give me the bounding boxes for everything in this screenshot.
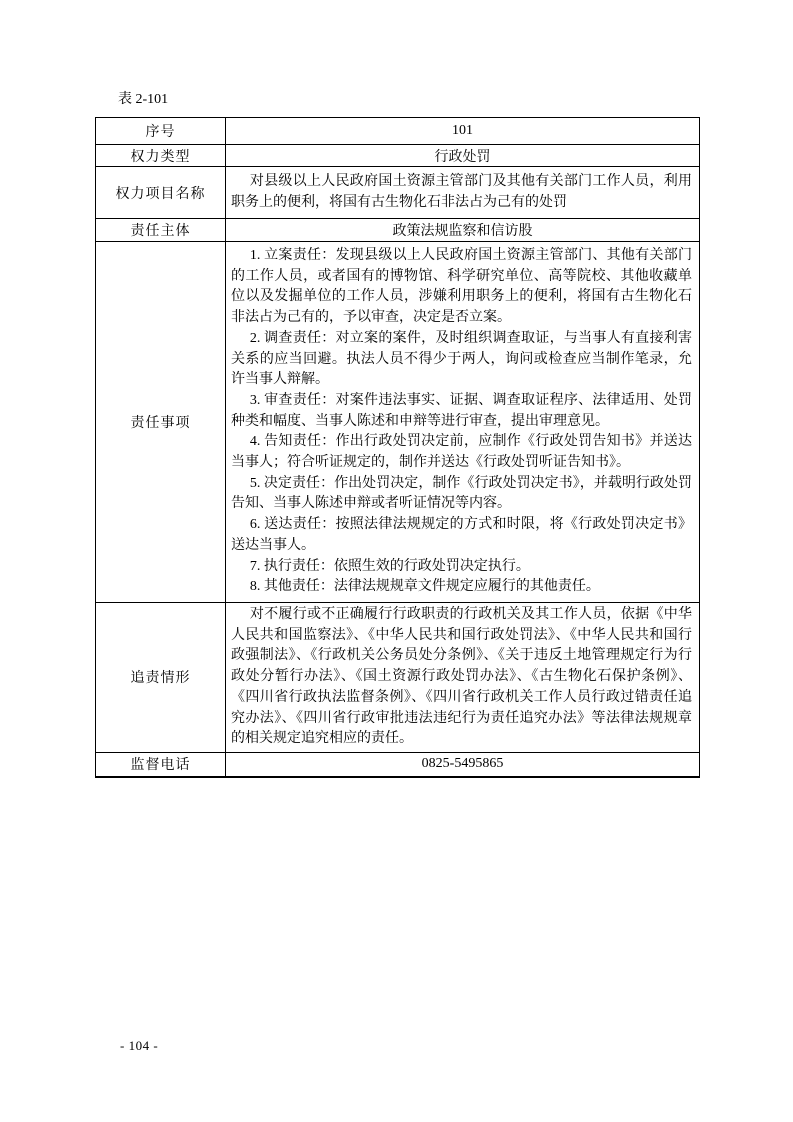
row-label-power-type: 权力类型 xyxy=(96,145,226,167)
table-row-serial-number: 序号 101 xyxy=(96,118,700,145)
row-value-serial-number: 101 xyxy=(226,118,700,145)
row-label-supervision-phone: 监督电话 xyxy=(96,752,226,777)
responsibility-item-1: 1. 立案责任：发现县级以上人民政府国土资源主管部门、其他有关部门的工作人员，或… xyxy=(231,246,692,329)
table-row-power-type: 权力类型 行政处罚 xyxy=(96,145,700,167)
table-row-power-item-name: 权力项目名称 对县级以上人民政府国土资源主管部门及其他有关部门工作人员，利用职务… xyxy=(96,167,700,219)
row-label-responsibility-items: 责任事项 xyxy=(96,242,226,603)
responsibility-item-8: 8. 其他责任：法律法规规章文件规定应履行的其他责任。 xyxy=(231,577,692,598)
responsibility-item-2: 2. 调查责任：对立案的案件，及时组织调查取证，与当事人有直接利害关系的应当回避… xyxy=(231,329,692,391)
row-label-power-item-name: 权力项目名称 xyxy=(96,167,226,219)
row-label-responsible-body: 责任主体 xyxy=(96,219,226,242)
table-caption: 表 2-101 xyxy=(118,92,168,108)
responsibility-item-6: 6. 送达责任：按照法律法规规定的方式和时限，将《行政处罚决定书》送达当事人。 xyxy=(231,515,692,556)
row-value-supervision-phone: 0825-5495865 xyxy=(226,752,700,777)
document-page: 表 2-101 序号 101 权力类型 行政处罚 权力项目名称 对县级以上人民政… xyxy=(0,0,793,1122)
row-value-power-type: 行政处罚 xyxy=(226,145,700,167)
accountability-situations-text: 对不履行或不正确履行行政职责的行政机关及其工作人员，依据《中华人民共和国监察法》… xyxy=(231,605,692,750)
table-row-responsibility-items: 责任事项 1. 立案责任：发现县级以上人民政府国土资源主管部门、其他有关部门的工… xyxy=(96,242,700,603)
row-value-accountability-situations: 对不履行或不正确履行行政职责的行政机关及其工作人员，依据《中华人民共和国监察法》… xyxy=(226,603,700,753)
table-row-accountability-situations: 追责情形 对不履行或不正确履行行政职责的行政机关及其工作人员，依据《中华人民共和… xyxy=(96,603,700,753)
row-value-power-item-name: 对县级以上人民政府国土资源主管部门及其他有关部门工作人员，利用职务上的便利，将国… xyxy=(226,167,700,219)
row-value-responsibility-items: 1. 立案责任：发现县级以上人民政府国土资源主管部门、其他有关部门的工作人员，或… xyxy=(226,242,700,603)
power-item-table: 序号 101 权力类型 行政处罚 权力项目名称 对县级以上人民政府国土资源主管部… xyxy=(95,117,700,778)
table-row-responsible-body: 责任主体 政策法规监察和信访股 xyxy=(96,219,700,242)
responsibility-item-5: 5. 决定责任：作出处罚决定，制作《行政处罚决定书》，并载明行政处罚告知、当事人… xyxy=(231,474,692,515)
responsibility-item-7: 7. 执行责任：依照生效的行政处罚决定执行。 xyxy=(231,557,692,578)
page-number: - 104 - xyxy=(120,1038,158,1053)
table-row-supervision-phone: 监督电话 0825-5495865 xyxy=(96,752,700,777)
row-label-serial-number: 序号 xyxy=(96,118,226,145)
row-label-accountability-situations: 追责情形 xyxy=(96,603,226,753)
responsibility-item-4: 4. 告知责任：作出行政处罚决定前，应制作《行政处罚告知书》并送达当事人；符合听… xyxy=(231,432,692,473)
power-item-name-text: 对县级以上人民政府国土资源主管部门及其他有关部门工作人员，利用职务上的便利，将国… xyxy=(231,172,692,213)
row-value-responsible-body: 政策法规监察和信访股 xyxy=(226,219,700,242)
responsibility-item-3: 3. 审查责任：对案件违法事实、证据、调查取证程序、法律适用、处罚种类和幅度、当… xyxy=(231,391,692,432)
